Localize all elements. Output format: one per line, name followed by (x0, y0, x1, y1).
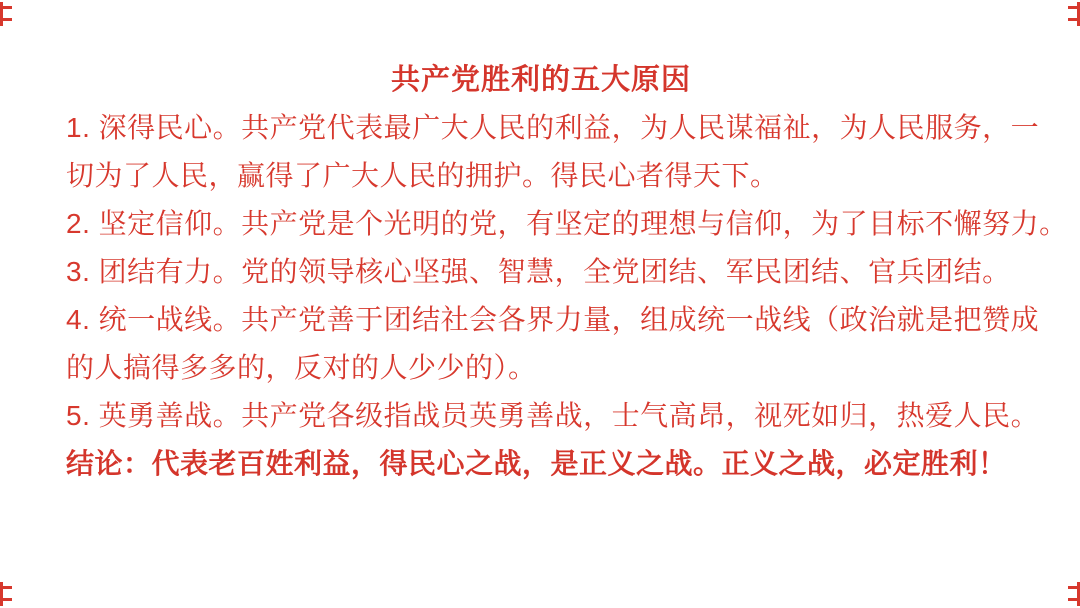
corner-text-fragment-top-right (1068, 2, 1080, 26)
corner-text-fragment-top-left (0, 2, 12, 26)
corner-text-fragment-bottom-right (1068, 582, 1080, 606)
body-line-3: 2. 坚定信仰。共产党是个光明的党，有坚定的理想与信仰，为了目标不懈努力。 (66, 200, 1016, 248)
body-line-1: 1. 深得民心。共产党代表最广大人民的利益，为人民谋福祉，为人民服务，一 (66, 104, 1016, 152)
body-line-2: 切为了人民，赢得了广大人民的拥护。得民心者得天下。 (66, 152, 1016, 200)
slide-content: 共产党胜利的五大原因 1. 深得民心。共产党代表最广大人民的利益，为人民谋福祉，… (66, 56, 1016, 488)
body-line-7: 5. 英勇善战。共产党各级指战员英勇善战，士气高昂，视死如归，热爱人民。 (66, 392, 1016, 440)
corner-text-fragment-bottom-left (0, 582, 12, 606)
slide-title: 共产党胜利的五大原因 (66, 56, 1016, 104)
conclusion-line: 结论：代表老百姓利益，得民心之战，是正义之战。正义之战，必定胜利！ (66, 440, 1016, 488)
slide: 共产党胜利的五大原因 1. 深得民心。共产党代表最广大人民的利益，为人民谋福祉，… (0, 0, 1080, 608)
body-line-4: 3. 团结有力。党的领导核心坚强、智慧，全党团结、军民团结、官兵团结。 (66, 248, 1016, 296)
body-line-5: 4. 统一战线。共产党善于团结社会各界力量，组成统一战线（政治就是把赞成 (66, 296, 1016, 344)
body-line-6: 的人搞得多多的，反对的人少少的）。 (66, 344, 1016, 392)
